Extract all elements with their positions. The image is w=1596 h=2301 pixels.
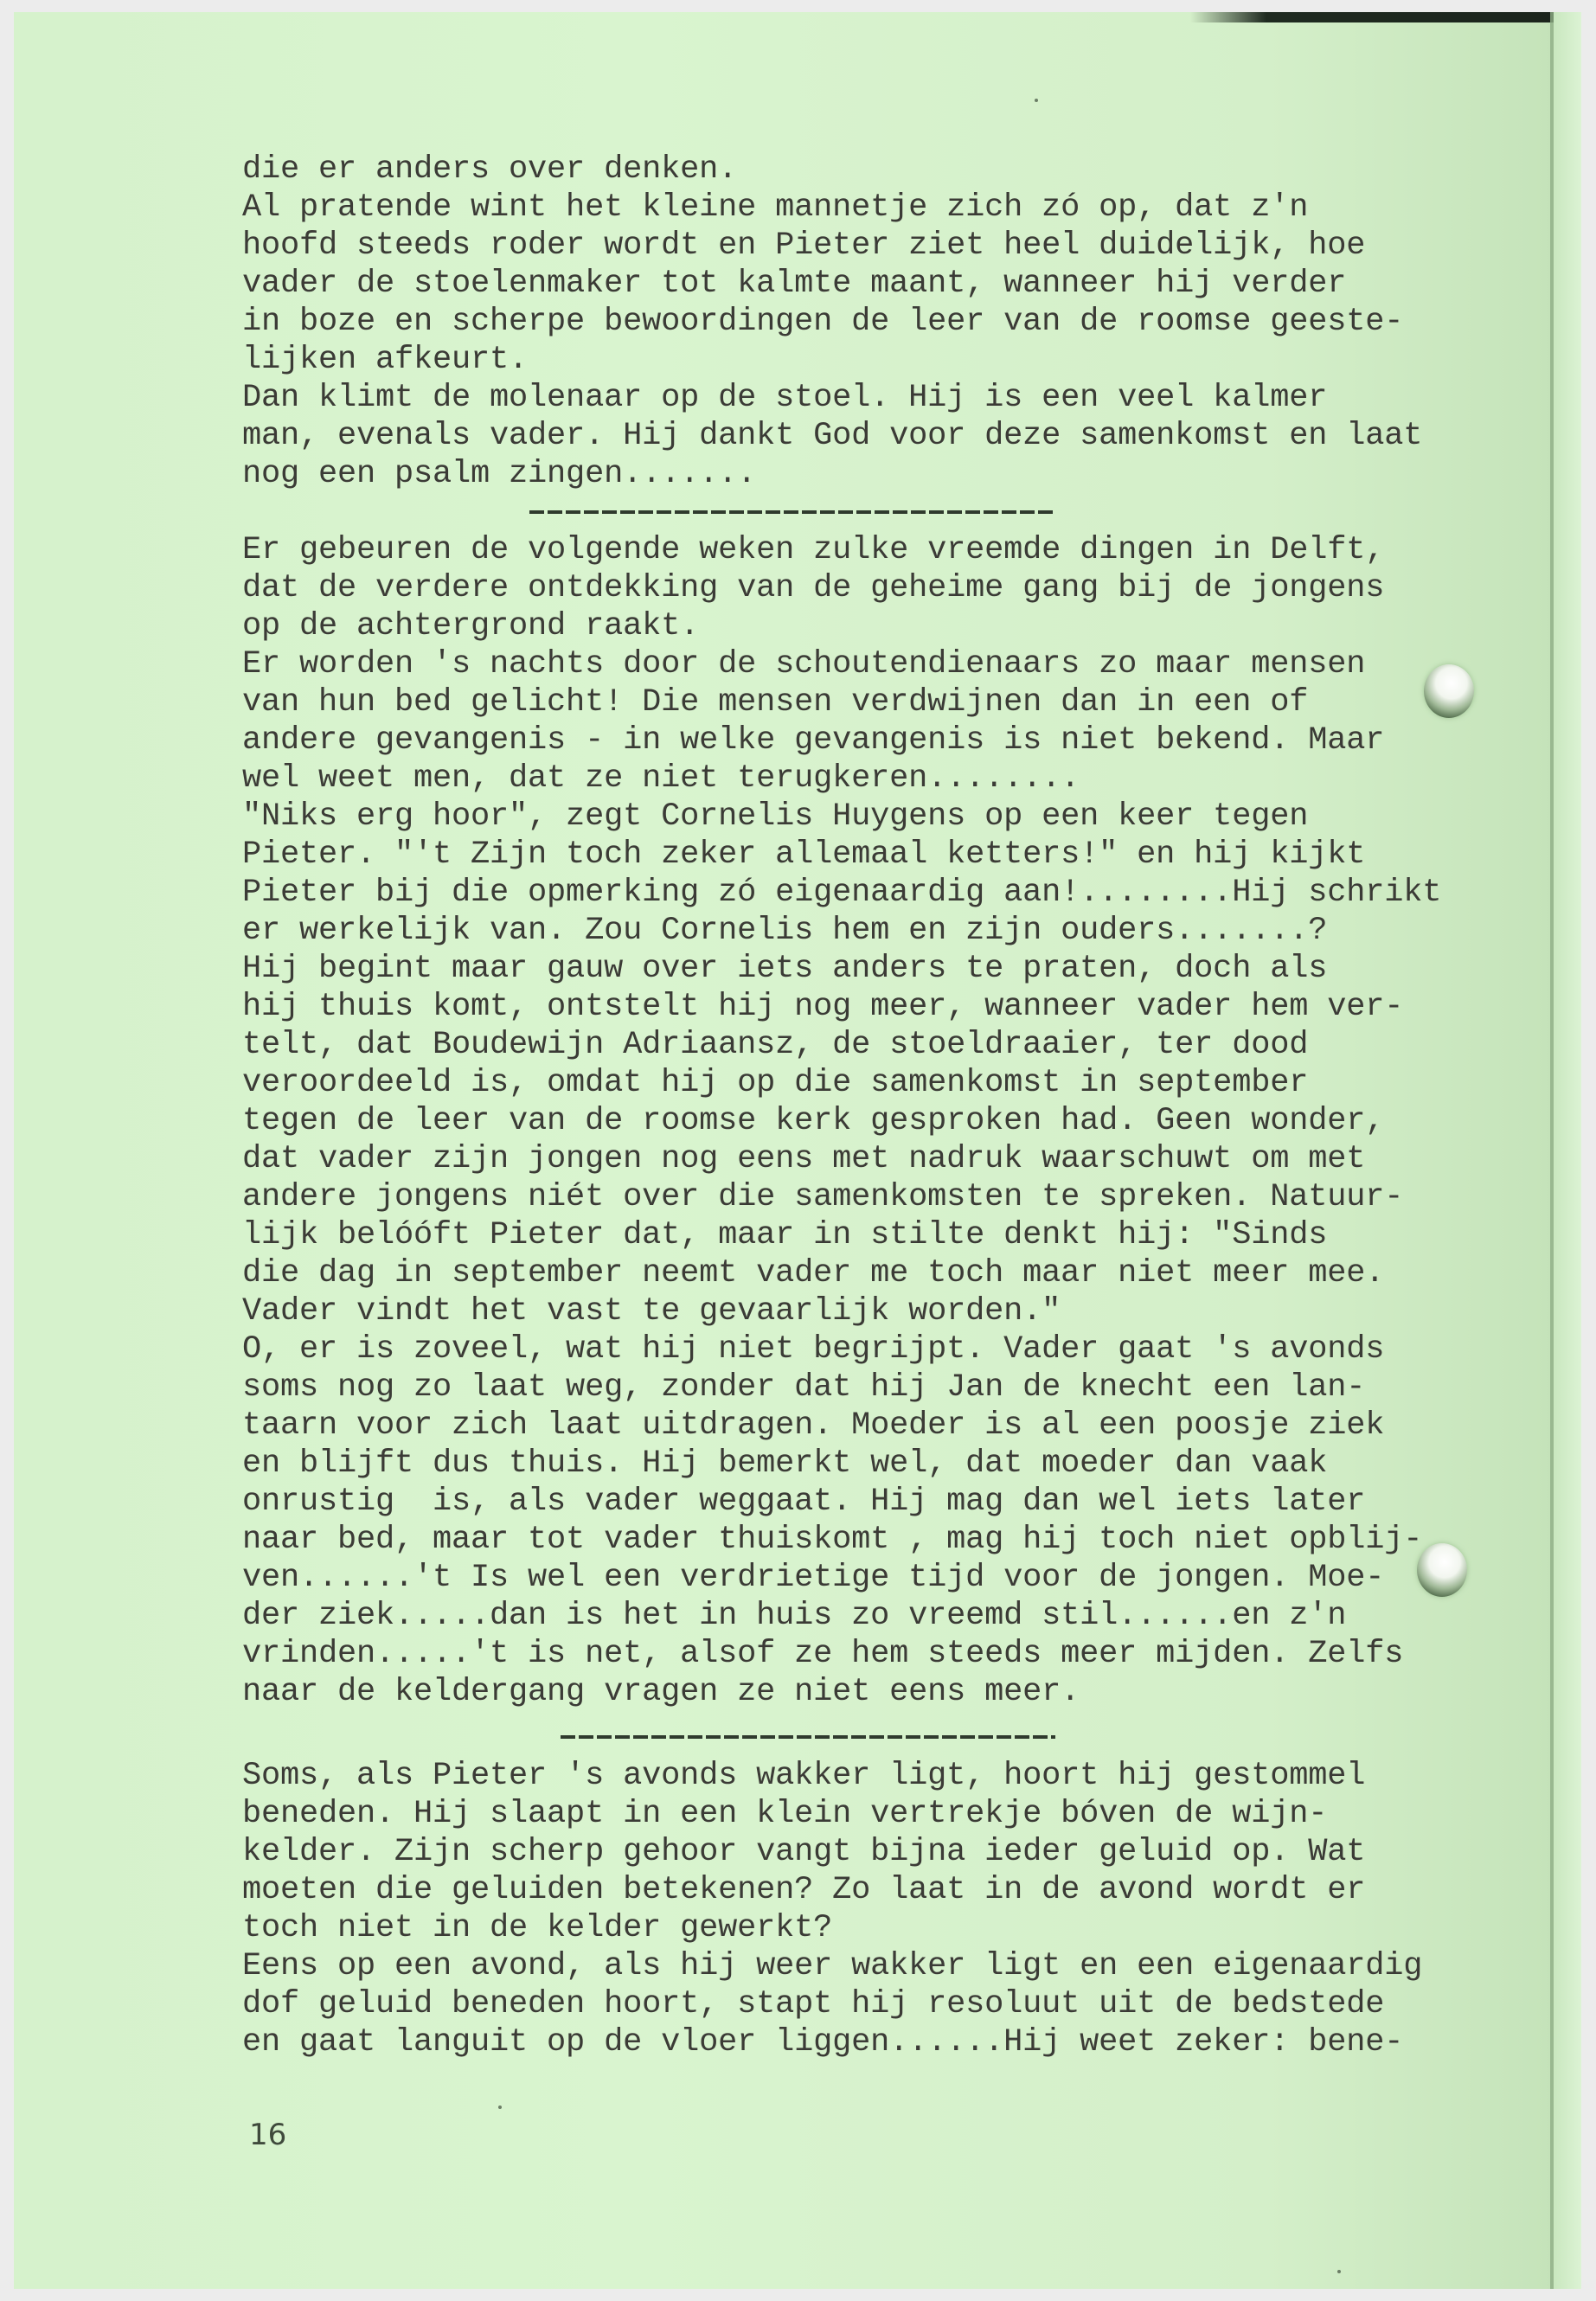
text-line: telt, dat Boudewijn Adriaansz, de stoeld… [242, 1026, 1441, 1064]
text-line: er werkelijk van. Zou Cornelis hem en zi… [242, 912, 1441, 950]
scan-edge-top-bar [1190, 12, 1571, 22]
paper-speck [1035, 99, 1038, 102]
text-line: ven......'t Is wel een verdrietige tijd … [242, 1559, 1441, 1597]
text-block-1: die er anders over denken.Al pratende wi… [242, 151, 1422, 493]
binding-edge-strip [1554, 12, 1581, 2289]
text-line: vader de stoelenmaker tot kalmte maant, … [242, 265, 1422, 303]
paper-speck [1337, 2270, 1341, 2273]
text-line: vrinden.....'t is net, alsof ze hem stee… [242, 1635, 1441, 1673]
text-line: lijken afkeurt. [242, 341, 1422, 379]
text-line: der ziek.....dan is het in huis zo vreem… [242, 1597, 1441, 1635]
text-line: in boze en scherpe bewoordingen de leer … [242, 303, 1422, 341]
text-line: Eens op een avond, als hij weer wakker l… [242, 1947, 1422, 1985]
text-line: naar de keldergang vragen ze niet eens m… [242, 1673, 1441, 1711]
text-line: hij thuis komt, ontstelt hij nog meer, w… [242, 988, 1441, 1026]
text-line: wel weet men, dat ze niet terugkeren....… [242, 760, 1441, 798]
text-line: Hij begint maar gauw over iets anders te… [242, 950, 1441, 988]
text-line: Al pratende wint het kleine mannetje zic… [242, 189, 1422, 227]
text-line: man, evenals vader. Hij dankt God voor d… [242, 417, 1422, 455]
text-line: andere jongens niét over die samenkomste… [242, 1178, 1441, 1216]
text-line: beneden. Hij slaapt in een klein vertrek… [242, 1795, 1422, 1833]
text-line: O, er is zoveel, wat hij niet begrijpt. … [242, 1330, 1441, 1368]
text-line: Er gebeuren de volgende weken zulke vree… [242, 531, 1441, 569]
text-line: die dag in september neemt vader me toch… [242, 1254, 1441, 1292]
text-line: Dan klimt de molenaar op de stoel. Hij i… [242, 379, 1422, 417]
text-line: op de achtergrond raakt. [242, 607, 1441, 645]
text-line: naar bed, maar tot vader thuiskomt , mag… [242, 1521, 1441, 1559]
document-page: die er anders over denken.Al pratende wi… [14, 12, 1581, 2289]
text-line: dat vader zijn jongen nog eens met nadru… [242, 1140, 1441, 1178]
text-line: dat de verdere ontdekking van de geheime… [242, 569, 1441, 607]
text-line: dof geluid beneden hoort, stapt hij reso… [242, 1985, 1422, 2023]
text-line: Er worden 's nachts door de schoutendien… [242, 645, 1441, 683]
text-line: moeten die geluiden betekenen? Zo laat i… [242, 1871, 1422, 1909]
paper-speck [498, 2106, 502, 2109]
text-line: en gaat languit op de vloer liggen......… [242, 2023, 1422, 2061]
text-line: die er anders over denken. [242, 151, 1422, 189]
text-line: Pieter. "'t Zijn toch zeker allemaal ket… [242, 836, 1441, 874]
text-line: Soms, als Pieter 's avonds wakker ligt, … [242, 1757, 1422, 1795]
text-line: soms nog zo laat weg, zonder dat hij Jan… [242, 1368, 1441, 1407]
text-line: kelder. Zijn scherp gehoor vangt bijna i… [242, 1833, 1422, 1871]
text-line: veroordeeld is, omdat hij op die samenko… [242, 1064, 1441, 1102]
text-line: onrustig is, als vader weggaat. Hij mag … [242, 1483, 1441, 1521]
text-block-3: Soms, als Pieter 's avonds wakker ligt, … [242, 1757, 1422, 2061]
page-number: 16 [249, 2118, 286, 2152]
text-line: taarn voor zich laat uitdragen. Moeder i… [242, 1407, 1441, 1445]
text-line: lijk belóóft Pieter dat, maar in stilte … [242, 1216, 1441, 1254]
text-line: tegen de leer van de roomse kerk gesprok… [242, 1102, 1441, 1140]
text-line: toch niet in de kelder gewerkt? [242, 1909, 1422, 1947]
text-line: van hun bed gelicht! Die mensen verdwijn… [242, 683, 1441, 721]
text-line: Vader vindt het vast te gevaarlijk worde… [242, 1292, 1441, 1330]
text-line: Pieter bij die opmerking zó eigenaardig … [242, 874, 1441, 912]
text-line: hoofd steeds roder wordt en Pieter ziet … [242, 227, 1422, 265]
section-separator [529, 510, 1054, 514]
text-block-2: Er gebeuren de volgende weken zulke vree… [242, 531, 1441, 1711]
section-separator [561, 1735, 1055, 1739]
text-line: andere gevangenis - in welke gevangenis … [242, 721, 1441, 760]
text-line: en blijft dus thuis. Hij bemerkt wel, da… [242, 1445, 1441, 1483]
text-line: nog een psalm zingen....... [242, 455, 1422, 493]
text-line: "Niks erg hoor", zegt Cornelis Huygens o… [242, 798, 1441, 836]
